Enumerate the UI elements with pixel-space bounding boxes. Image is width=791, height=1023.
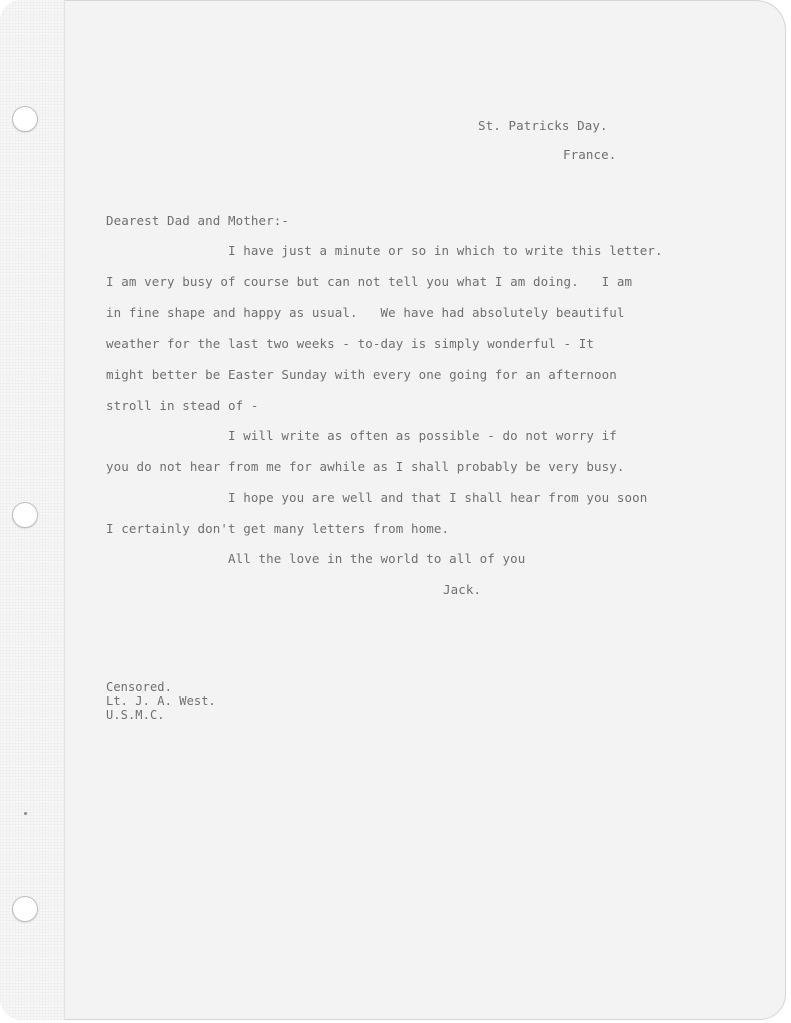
- letter-date: St. Patricks Day.: [478, 118, 608, 133]
- salutation: Dearest Dad and Mother:-: [106, 213, 289, 228]
- binding-strip: [0, 0, 65, 1020]
- punch-hole-icon: [13, 107, 37, 131]
- letter-place: France.: [563, 147, 616, 162]
- signature: Jack.: [443, 582, 481, 597]
- letter-page: St. Patricks Day. France. Dearest Dad an…: [0, 0, 786, 1020]
- body-line: I have just a minute or so in which to w…: [228, 243, 663, 258]
- punch-hole-icon: [13, 503, 37, 527]
- paper-speck: [24, 812, 27, 815]
- body-line: I am very busy of course but can not tel…: [106, 274, 632, 289]
- body-line: I hope you are well and that I shall hea…: [228, 490, 647, 505]
- body-line: might better be Easter Sunday with every…: [106, 367, 617, 382]
- censor-line: Censored.: [106, 680, 172, 694]
- body-line: weather for the last two weeks - to-day …: [106, 336, 594, 351]
- body-line: stroll in stead of -: [106, 398, 259, 413]
- censor-line: Lt. J. A. West.: [106, 694, 216, 708]
- punch-hole-icon: [13, 897, 37, 921]
- body-line: I certainly don't get many letters from …: [106, 521, 449, 536]
- body-line: you do not hear from me for awhile as I …: [106, 459, 625, 474]
- censor-line: U.S.M.C.: [106, 708, 165, 722]
- body-line: in fine shape and happy as usual. We hav…: [106, 305, 625, 320]
- body-line: I will write as often as possible - do n…: [228, 428, 617, 443]
- closing-line: All the love in the world to all of you: [228, 551, 525, 566]
